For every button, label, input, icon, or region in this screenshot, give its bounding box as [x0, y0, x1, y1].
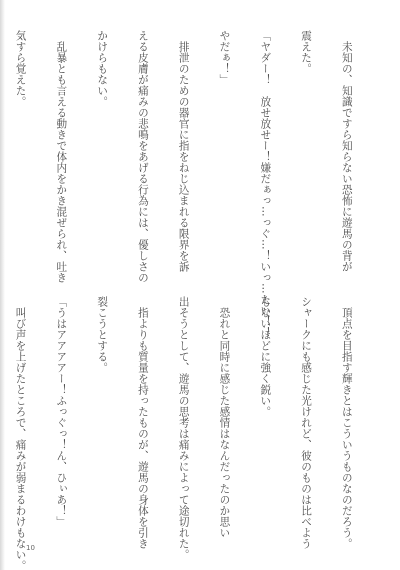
text-line: 乱暴とも言える動きで体内をかき混ぜられ、吐き [54, 30, 68, 286]
text-line: 震えた。 [298, 30, 312, 286]
text-line: かけらもない。 [95, 30, 109, 286]
page-number: 10 [26, 544, 35, 552]
text-line: 気すら覚えた。 [13, 30, 27, 286]
text-line: 排泄のための器官に指をねじ込まれる限界を訴 [176, 30, 190, 286]
text-line: もないほどに強く鋭い。 [258, 296, 272, 560]
text-line: 出そうとして、遊馬の思考は痛みによって途切れた。 [176, 296, 190, 560]
text-line: 叫び声を上げたところで、痛みが弱まるわけもない。 [13, 296, 27, 560]
text-line: 恐れと同時に感じた感情はなんだったのか思い [217, 296, 231, 560]
text-line: 裂こうとする。 [95, 296, 109, 560]
text-line: 指よりも質量を持ったものが、遊馬の身体を引き [135, 296, 149, 560]
text-block-bottom: 頂点を目指す輝きとはこういうものなのだろう。 シャークにも感じた光けれど、彼のも… [0, 296, 380, 560]
text-line: やだぁ！」 [217, 30, 231, 286]
text-line: 「ヤダー！ 放せ放せー！嫌だぁっ…っぐ…！いっ…たい！！ [258, 30, 272, 286]
text-line: 未知の、知識ですら知らない恐怖に遊馬の背が [339, 30, 353, 286]
text-line: える皮膚が痛みの悲鳴をあげる行為には、優しさの [135, 30, 149, 286]
text-line: シャークにも感じた光けれど、彼のものは比べよう [298, 296, 312, 560]
text-block-top: 未知の、知識ですら知らない恐怖に遊馬の背が 震えた。 「ヤダー！ 放せ放せー！嫌… [0, 30, 380, 286]
text-line: 「うはアアアアー！ふっぐっ！ん、ひぃあ！」 [54, 296, 68, 560]
text-line: 頂点を目指す輝きとはこういうものなのだろう。 [339, 296, 353, 560]
